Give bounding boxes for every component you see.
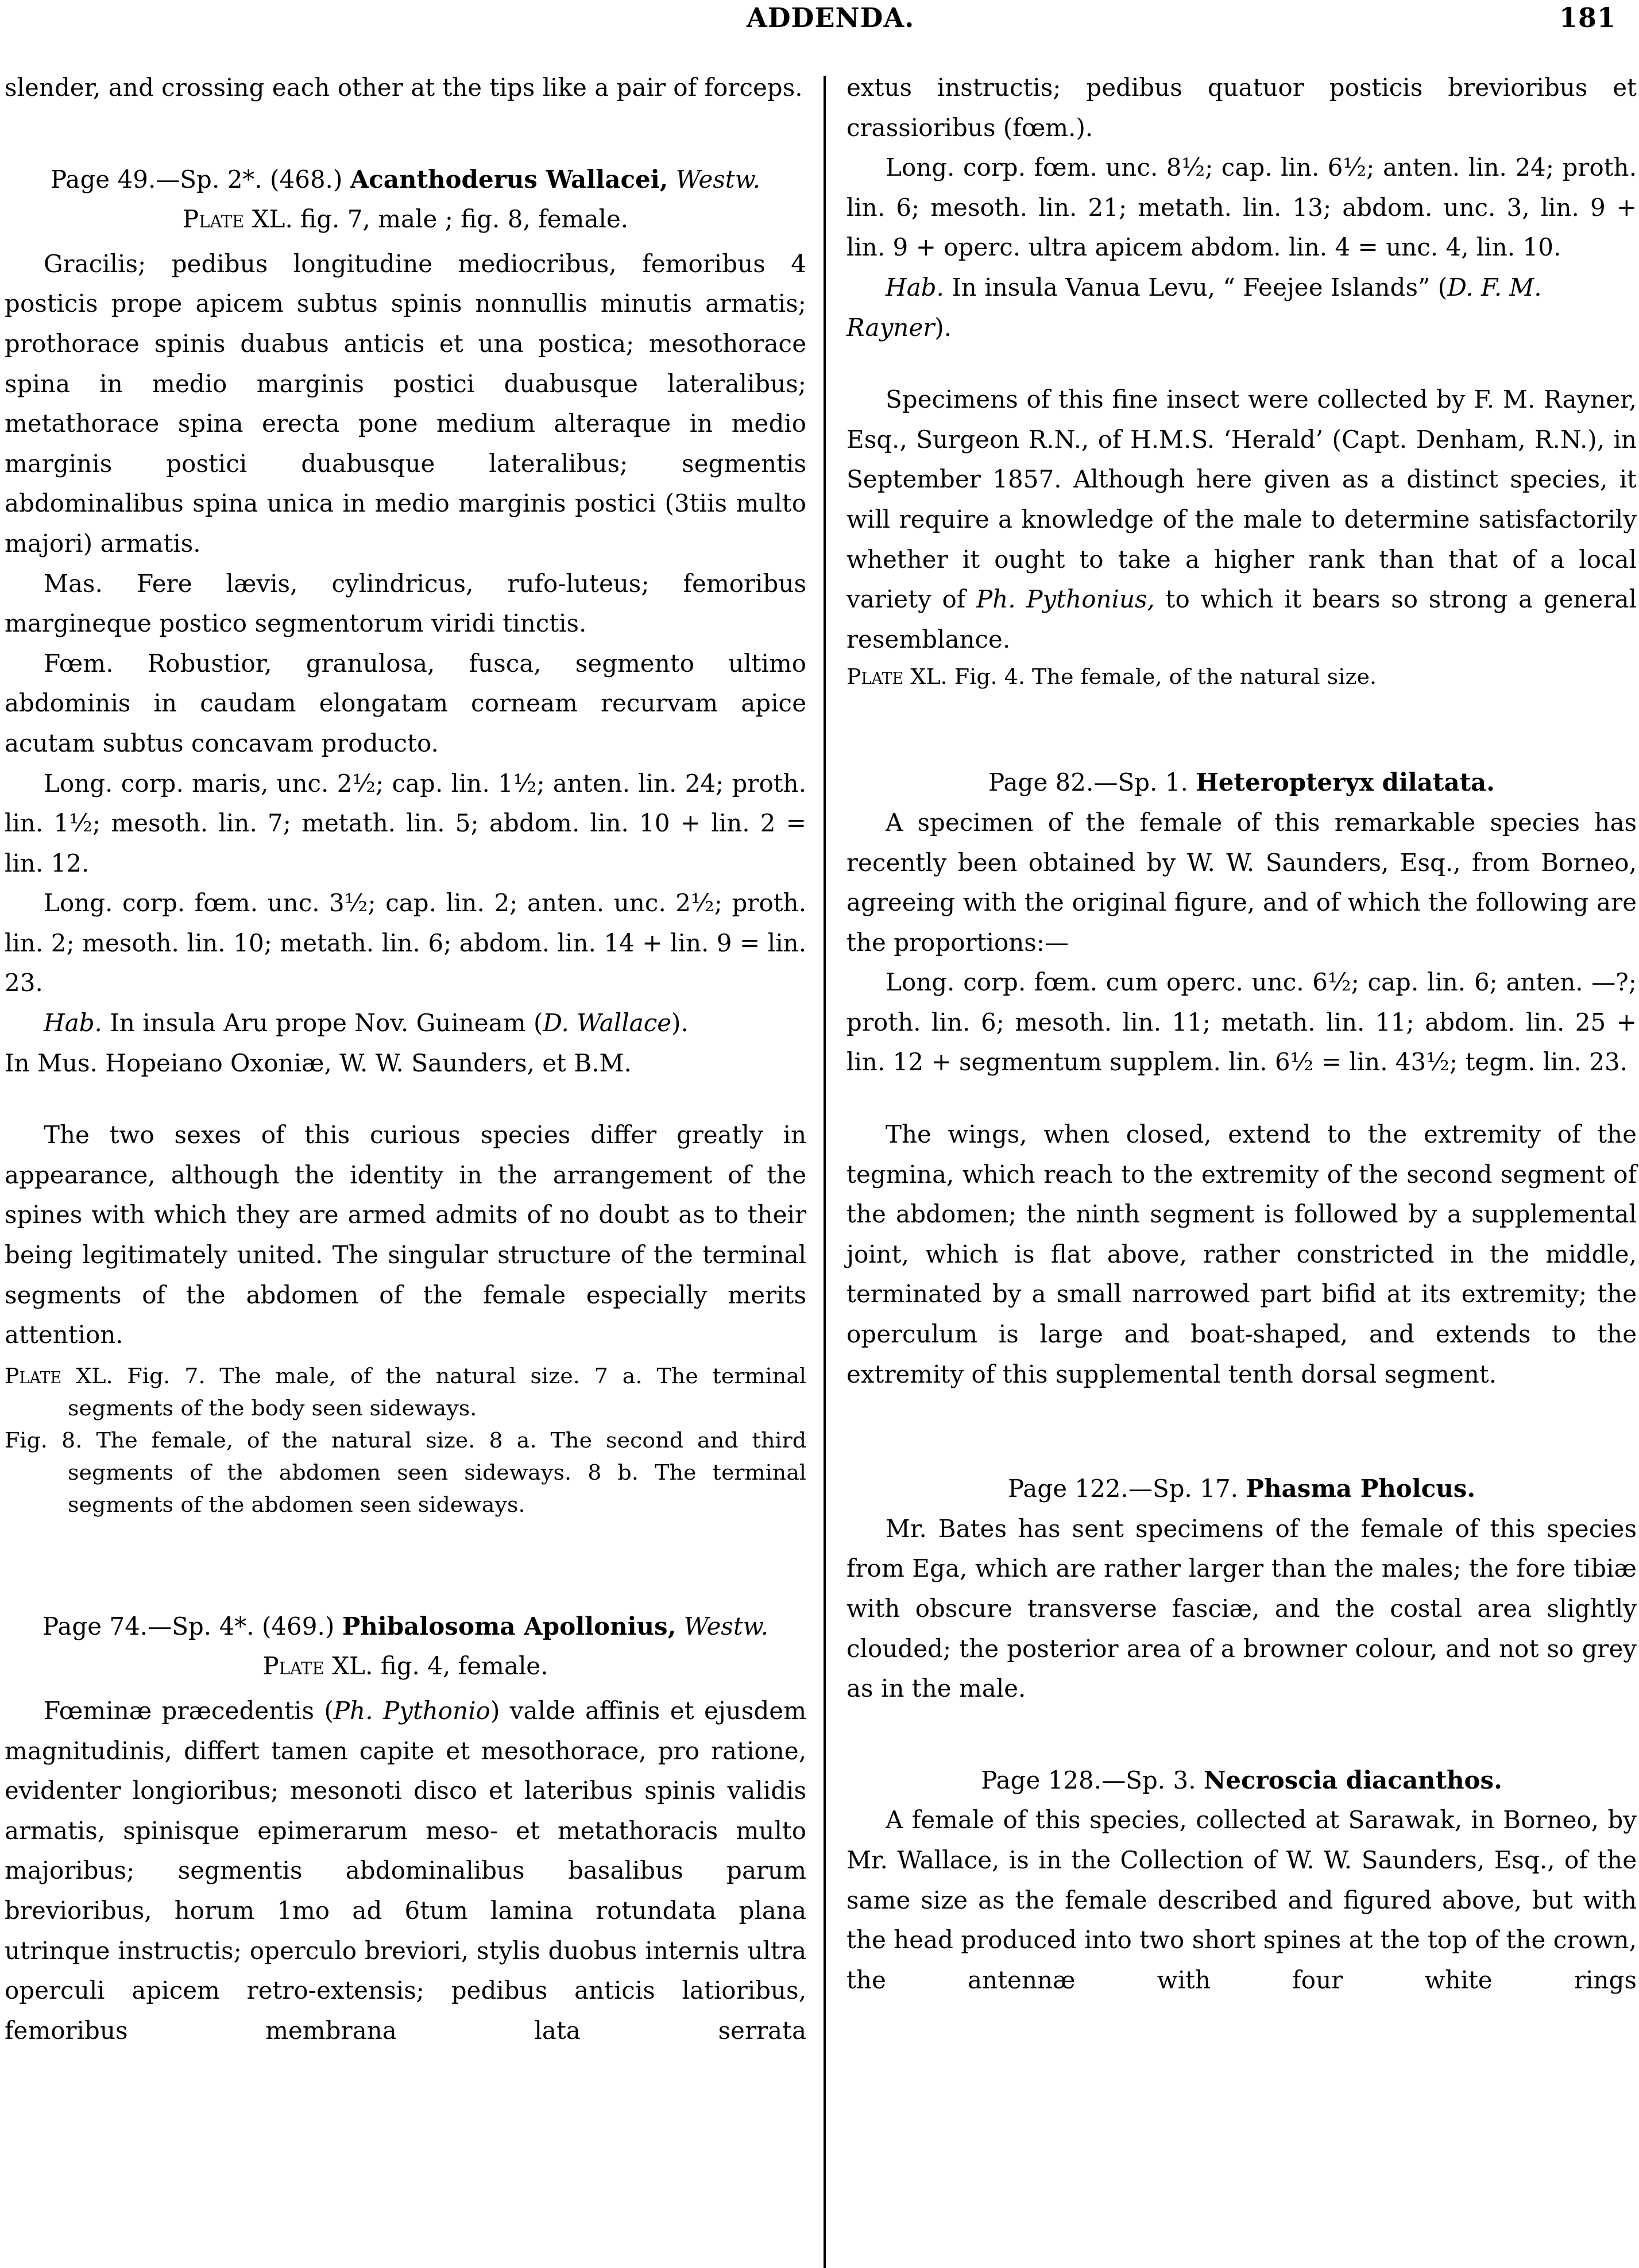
female-measurements: Long. corp. fœm. unc. 8½; cap. lin. 6½; … bbox=[846, 148, 1637, 268]
plate-reference: Plate XL. fig. 7, male ; fig. 8, female. bbox=[5, 199, 806, 239]
continuation-paragraph: slender, and crossing each other at the … bbox=[5, 68, 806, 108]
necroscia-paragraph: A female of this species, collected at S… bbox=[846, 1800, 1637, 2000]
male-description: Mas. Fere lævis, cylindricus, rufo-luteu… bbox=[5, 564, 806, 644]
species-name: Phibalosoma Apollonius, bbox=[342, 1612, 677, 1640]
measurements: Long. corp. fœm. cum operc. unc. 6½; cap… bbox=[846, 962, 1637, 1082]
phasma-paragraph: Mr. Bates has sent specimens of the fema… bbox=[846, 1509, 1637, 1709]
figure-8-caption: Fig. 8. The female, of the natural size.… bbox=[5, 1424, 806, 1520]
male-measurements: Long. corp. maris, unc. 2½; cap. lin. 1½… bbox=[5, 764, 806, 884]
entry-heading-phasma: Page 122.—Sp. 17. Phasma Pholcus. bbox=[846, 1469, 1637, 1509]
species-name: Phasma Pholcus. bbox=[1246, 1474, 1475, 1503]
species-name: Heteropteryx dilatata. bbox=[1196, 768, 1495, 796]
species-name: Necroscia diacanthos. bbox=[1204, 1766, 1502, 1794]
museum-note: In Mus. Hopeiano Oxoniæ, W. W. Saunders,… bbox=[5, 1043, 806, 1083]
entry-heading-phibalosoma: Page 74.—Sp. 4*. (469.) Phibalosoma Apol… bbox=[5, 1607, 806, 1647]
plate-figure-7-caption: Plate XL. Fig. 7. The male, of the natur… bbox=[5, 1360, 806, 1424]
remarks-paragraph: The two sexes of this curious species di… bbox=[5, 1115, 806, 1355]
entry-heading-acanthoderus: Page 49.—Sp. 2*. (468.) Acanthoderus Wal… bbox=[5, 160, 806, 200]
entry-heading-necroscia: Page 128.—Sp. 3. Necroscia diacanthos. bbox=[846, 1760, 1637, 1801]
plate-reference: Plate XL. fig. 4, female. bbox=[5, 1646, 806, 1686]
remarks-paragraph: The wings, when closed, extend to the ex… bbox=[846, 1114, 1637, 1394]
latin-description: Fœminæ præcedentis (Ph. Pythonio) valde … bbox=[5, 1691, 806, 2050]
habitat: Hab. In insula Vanua Levu, “ Feejee Isla… bbox=[846, 268, 1637, 347]
habitat: Hab. In insula Aru prope Nov. Guineam (D… bbox=[5, 1003, 806, 1043]
running-header-title: ADDENDA. bbox=[747, 2, 914, 33]
page-number: 181 bbox=[1559, 2, 1616, 33]
species-name: Acanthoderus Wallacei, bbox=[350, 165, 668, 193]
female-measurements: Long. corp. fœm. unc. 3½; cap. lin. 2; a… bbox=[5, 883, 806, 1003]
female-description: Fœm. Robustior, granulosa, fusca, segmen… bbox=[5, 644, 806, 764]
continuation-paragraph: extus instructis; pedibus quatuor postic… bbox=[846, 68, 1637, 148]
left-column: slender, and crossing each other at the … bbox=[5, 68, 806, 2050]
entry-heading-heteropteryx: Page 82.—Sp. 1. Heteropteryx dilatata. bbox=[846, 763, 1637, 803]
plate-figure-4-caption: Plate XL. Fig. 4. The female, of the nat… bbox=[846, 659, 1637, 694]
author: Westw. bbox=[676, 1612, 768, 1640]
right-column: extus instructis; pedibus quatuor postic… bbox=[846, 68, 1637, 2000]
author: Westw. bbox=[668, 165, 760, 193]
intro-paragraph: A specimen of the female of this remarka… bbox=[846, 803, 1637, 962]
latin-description: Gracilis; pedibus longitudine mediocribu… bbox=[5, 244, 806, 564]
remarks-paragraph: Specimens of this fine insect were colle… bbox=[846, 380, 1637, 659]
column-divider bbox=[824, 76, 826, 2268]
